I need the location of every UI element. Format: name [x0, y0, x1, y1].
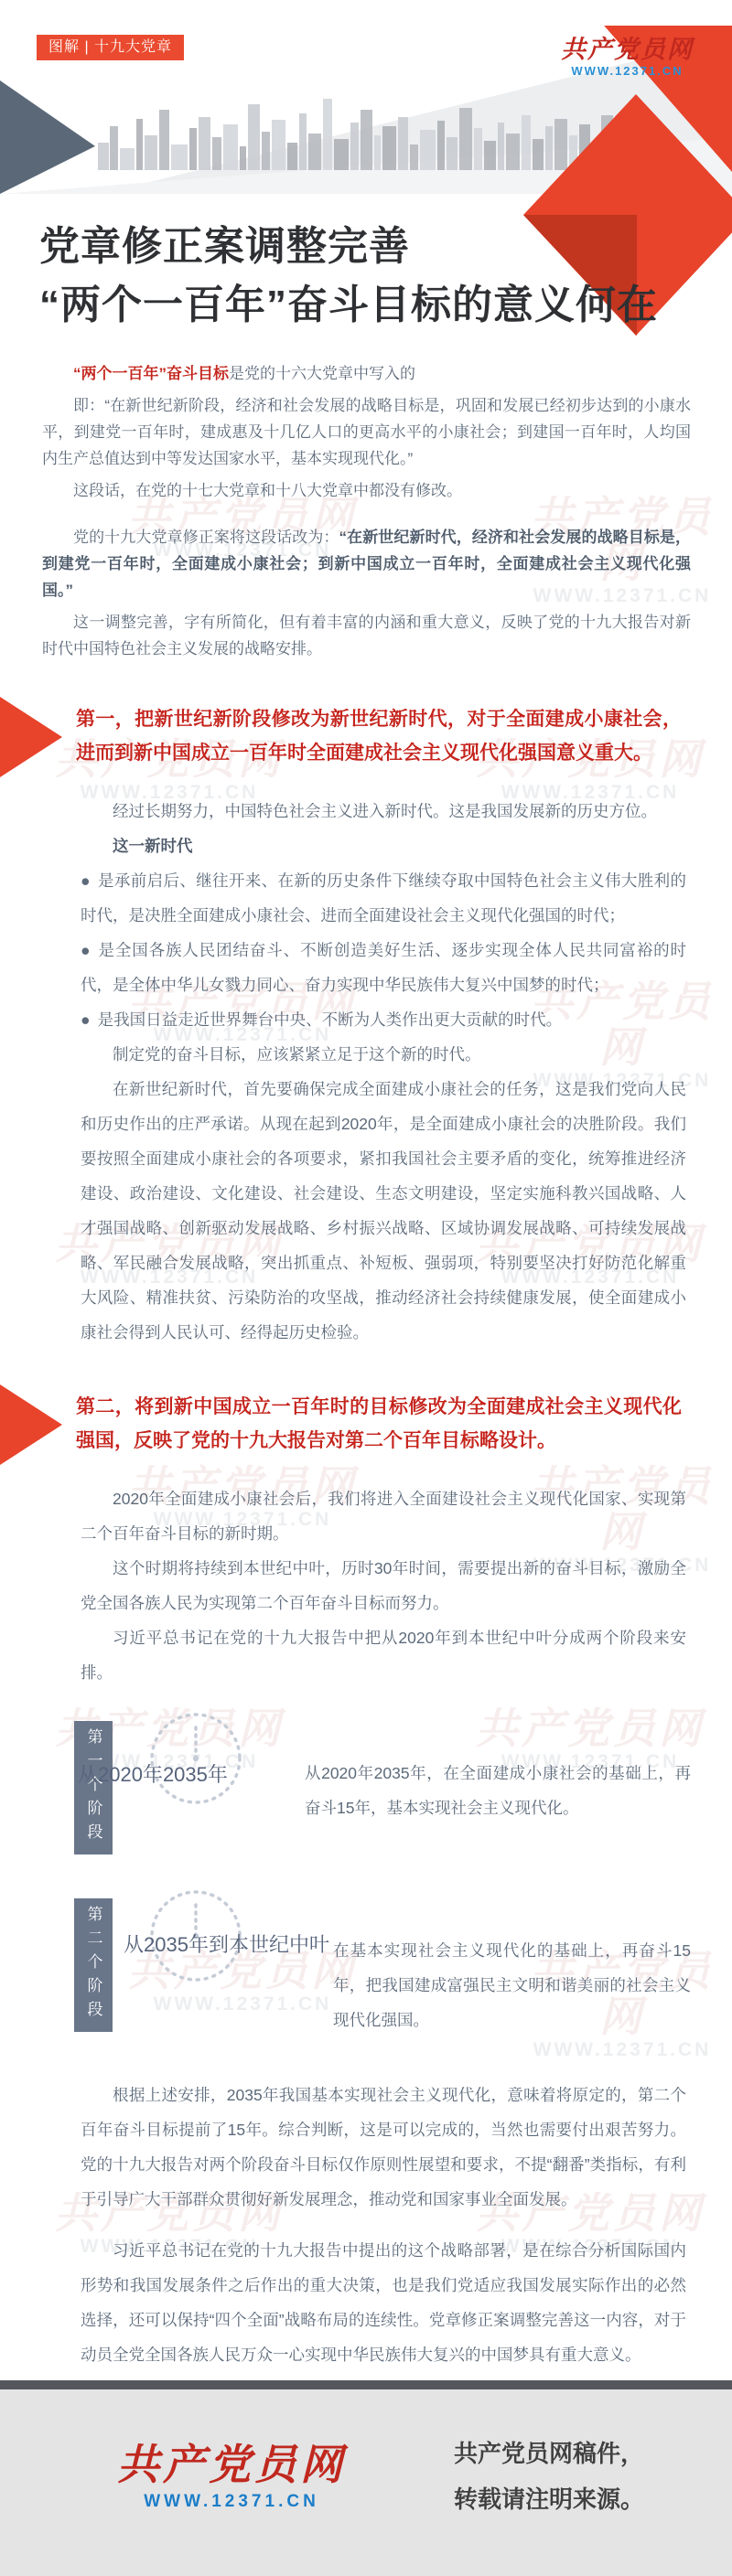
section2-paragraph: 这个时期将持续到本世纪中叶，历时30年时间，需要提出新的奋斗目标，激励全党全国各… — [81, 1551, 686, 1620]
section1-body: 经过长期努力，中国特色社会主义进入新时代。这是我国发展新的历史方位。 这一新时代… — [0, 794, 732, 1350]
intro-paragraph: 这段话，在党的十七大党章和十八大党章中都没有修改。 — [42, 477, 691, 504]
bullet-text: 是我国日益走近世界舞台中央、不断为人类作出更大贡献的时代。 — [98, 1010, 563, 1029]
bullet-dot-icon: ● — [81, 941, 91, 959]
intro-amend-lead: 党的十九大党章修正案将这段话改为： — [73, 529, 339, 546]
page-title-line2: “两个一百年”奋斗目标的意义何在 — [39, 276, 691, 335]
stage1-label: 第一个阶段 — [74, 1721, 113, 1855]
section2-heading-block: 第二，将到新中国成立一百年时的目标修改为全面建成社会主义现代化强国，反映了党的十… — [0, 1390, 682, 1458]
page-title-line1: 党章修正案调整完善 — [39, 218, 691, 276]
footer-logo-calligraphy: 共产党员网 — [117, 2441, 346, 2488]
closing-paragraph: 习近平总书记在党的十九大报告中提出的这个战略部署，是在综合分析国际国内形势和我国… — [81, 2233, 686, 2372]
intro-lead-rest: 是党的十六大党章中写入的 — [229, 365, 415, 382]
intro-paragraph: 党的十九大党章修正案将这段话改为：“在新世纪新时代，经济和社会发展的战略目标是，… — [42, 524, 691, 604]
stage2-period: 从2035年到本世纪中叶 — [124, 1929, 329, 1958]
section1-paragraph: 在新世纪新时代，首先要确保完成全面建成小康社会的任务，这是我们党向人民和历史作出… — [81, 1072, 686, 1350]
bullet-dot-icon: ● — [81, 1010, 91, 1029]
intro-paragraph: 这一调整完善，字有所简化，但有着丰富的内涵和重大意义，反映了党的十九大报告对新时… — [42, 609, 691, 662]
section1-subheading: 这一新时代 — [81, 828, 686, 863]
red-arrow-icon — [0, 697, 62, 777]
footer-note-line1: 共产党员网稿件， — [454, 2431, 644, 2476]
footer-content: 共产党员网 WWW.12371.CN 共产党员网稿件， 转载请注明来源。 — [0, 2389, 732, 2563]
bullet-item: ●是承前启后、继往开来、在新的历史条件下继续夺取中国特色社会主义伟大胜利的时代，… — [81, 863, 686, 933]
bullet-text: 是承前启后、继往开来、在新的历史条件下继续夺取中国特色社会主义伟大胜利的时代，是… — [81, 871, 686, 925]
stage1-description: 从2020年2035年，在全面建成小康社会的基础上，再奋斗15年，基本实现社会主… — [305, 1721, 691, 1825]
site-logo-calligraphy: 共产党员网 — [561, 37, 694, 64]
section2-body: 2020年全面建成小康社会后，我们将进入全面建设社会主义现代化国家、实现第二个百… — [0, 1481, 732, 1690]
stage2-label: 第二个阶段 — [74, 1898, 113, 2032]
section1-paragraph: 经过长期努力，中国特色社会主义进入新时代。这是我国发展新的历史方位。 — [81, 794, 686, 828]
red-arrow-icon — [0, 1384, 62, 1465]
footer-divider — [0, 2380, 732, 2389]
stage2-description: 在基本实现社会主义现代化的基础上，再奋斗15年，把我国建成富强民主文明和谐美丽的… — [333, 1898, 691, 2037]
footer-logo-url: WWW.12371.CN — [117, 2492, 346, 2512]
site-logo: 共产党员网 WWW.12371.CN — [561, 37, 694, 79]
intro-paragraph: 即：“在新世纪新阶段，经济和社会发展的战略目标是，巩固和发展已经初步达到的小康水… — [42, 392, 691, 472]
footer-note-line2: 转载请注明来源。 — [454, 2476, 644, 2522]
stage-row-1: 第一个阶段 从2020年2035年 从2020年2035年，在全面建成小康社会的… — [74, 1721, 691, 1858]
intro-block: “两个一百年”奋斗目标是党的十六大党章中写入的 即：“在新世纪新阶段，经济和社会… — [42, 360, 691, 662]
bullet-item: ●是全国各族人民团结奋斗、不断创造美好生活、逐步实现全体人民共同富裕的时代，是全… — [81, 933, 686, 1002]
section1-heading: 第一，把新世纪新阶段修改为新世纪新时代，对于全面建成小康社会，进而到新中国成立一… — [76, 702, 682, 770]
section1-heading-block: 第一，把新世纪新阶段修改为新世纪新时代，对于全面建成小康社会，进而到新中国成立一… — [0, 702, 682, 770]
intro-highlight: “两个一百年”奋斗目标 — [73, 365, 229, 382]
site-logo-url: WWW.12371.CN — [561, 64, 694, 79]
section1-paragraph: 制定党的奋斗目标，应该紧紧立足于这个新的时代。 — [81, 1037, 686, 1072]
closing-paragraph: 根据上述安排，2035年我国基本实现社会主义现代化，意味着将原定的，第二个百年奋… — [81, 2078, 686, 2217]
section2-heading: 第二，将到新中国成立一百年时的目标修改为全面建成社会主义现代化强国，反映了党的十… — [76, 1390, 682, 1458]
stage1-period: 从2020年2035年 — [78, 1759, 228, 1788]
footer-note: 共产党员网稿件， 转载请注明来源。 — [454, 2431, 644, 2522]
page-title: 党章修正案调整完善 “两个一百年”奋斗目标的意义何在 — [39, 218, 691, 335]
bullet-dot-icon: ● — [81, 871, 91, 890]
main-content: 党章修正案调整完善 “两个一百年”奋斗目标的意义何在 “两个一百年”奋斗目标是党… — [0, 0, 732, 2372]
footer: 共产党员网 WWW.12371.CN 共产党员网稿件， 转载请注明来源。 — [0, 2380, 732, 2576]
footer-logo: 共产党员网 WWW.12371.CN — [117, 2441, 346, 2512]
bullet-text: 是全国各族人民团结奋斗、不断创造美好生活、逐步实现全体人民共同富裕的时代，是全体… — [81, 941, 686, 994]
stage-row-2: 第二个阶段 从2035年到本世纪中叶 在基本实现社会主义现代化的基础上，再奋斗1… — [74, 1898, 691, 2037]
section2-paragraph: 2020年全面建成小康社会后，我们将进入全面建设社会主义现代化国家、实现第二个百… — [81, 1481, 686, 1551]
header-badge: 图解 | 十九大党章 — [37, 35, 184, 60]
section2-paragraph: 习近平总书记在党的十九大报告中把从2020年到本世纪中叶分成两个阶段来安排。 — [81, 1620, 686, 1690]
closing-body: 根据上述安排，2035年我国基本实现社会主义现代化，意味着将原定的，第二个百年奋… — [0, 2078, 732, 2372]
bullet-item: ●是我国日益走近世界舞台中央、不断为人类作出更大贡献的时代。 — [81, 1002, 686, 1037]
intro-paragraph-lead: “两个一百年”奋斗目标是党的十六大党章中写入的 — [42, 360, 691, 387]
two-stage-plan: 第一个阶段 从2020年2035年 从2020年2035年，在全面建成小康社会的… — [0, 1721, 732, 2037]
